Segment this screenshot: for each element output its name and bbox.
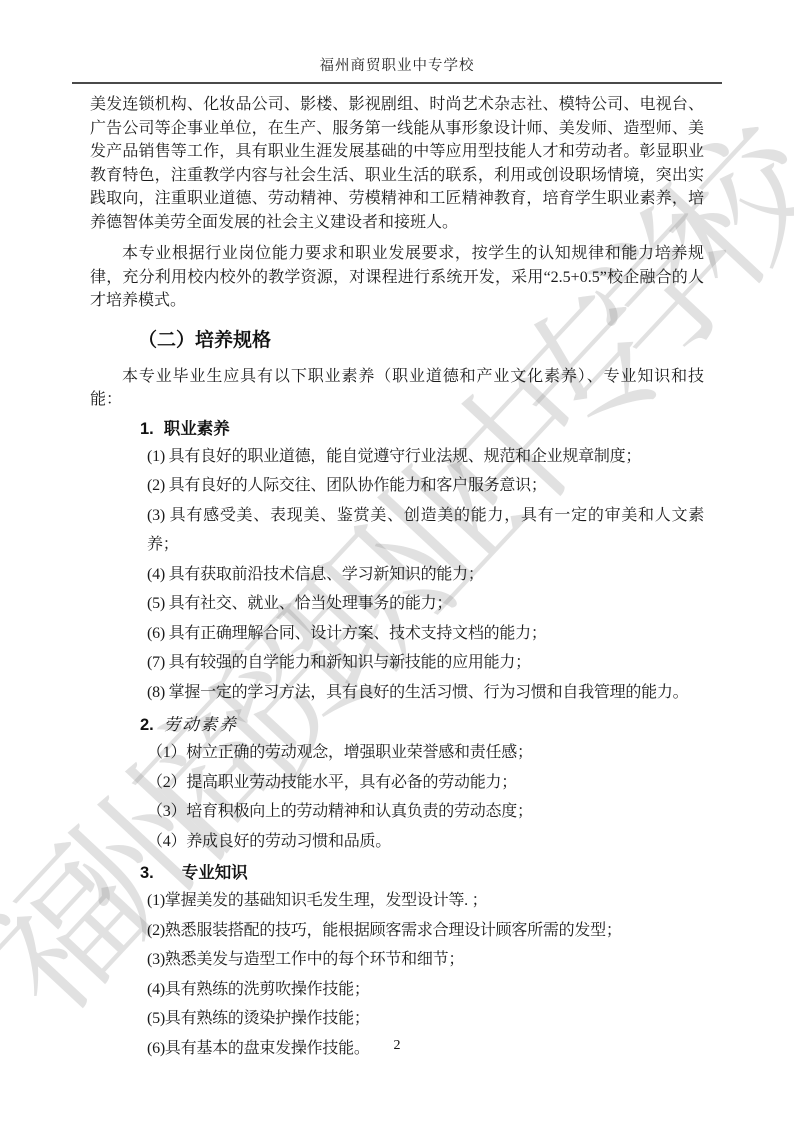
header-school-name: 福州商贸职业中专学校 — [72, 54, 722, 84]
section-heading-training-specs: （二）培养规格 — [138, 327, 704, 354]
subsection-number: 3. — [140, 864, 154, 882]
list-item: （3）培育积极向上的劳动精神和认真负责的劳动态度； — [147, 797, 704, 827]
paragraph-employment-scope: 美发连锁机构、化妆品公司、影楼、影视剧组、时尚艺术杂志社、模特公司、电视台、广告… — [90, 93, 704, 234]
document-page: 福州商贸职业中专学校 福州商贸职业中专学校 美发连锁机构、化妆品公司、影楼、影视… — [0, 0, 794, 1123]
document-body: 美发连锁机构、化妆品公司、影楼、影视剧组、时尚艺术杂志社、模特公司、电视台、广告… — [90, 93, 704, 1063]
subsection-title: 专业知识 — [182, 864, 248, 882]
subsection-heading-labor-quality: 2.劳动素养 — [140, 712, 704, 738]
list-item: (7) 具有较强的自学能力和新知识与新技能的应用能力； — [147, 648, 704, 678]
list-item: (2)熟悉服装搭配的技巧，能根据顾客需求合理设计顾客所需的发型； — [147, 916, 704, 946]
list-item: (5) 具有社交、就业、恰当处理事务的能力； — [147, 589, 704, 619]
list-item: （2）提高职业劳动技能水平，具有必备的劳动能力； — [147, 768, 704, 798]
page-footer: 2 — [0, 1038, 794, 1054]
list-item: (4)具有熟练的洗剪吹操作技能； — [147, 975, 704, 1005]
list-item: （4）养成良好的劳动习惯和品质。 — [147, 827, 704, 857]
list-item: (3) 具有感受美、表现美、鉴赏美、创造美的能力，具有一定的审美和人文素养； — [147, 501, 704, 560]
list-item: (1)掌握美发的基础知识毛发生理，发型设计等. ； — [147, 886, 704, 916]
subsection-heading-professional-knowledge: 3.专业知识 — [140, 861, 704, 886]
subsection-title: 劳动素养 — [164, 715, 238, 734]
list-item: (3)熟悉美发与造型工作中的每个环节和细节； — [147, 945, 704, 975]
list-item: (2) 具有良好的人际交往、团队协作能力和客户服务意识； — [147, 471, 704, 501]
list-item: (5)具有熟练的烫染护操作技能； — [147, 1004, 704, 1034]
list-item: (6) 具有正确理解合同、设计方案、技术支持文档的能力； — [147, 619, 704, 649]
paragraph-training-mode: 本专业根据行业岗位能力要求和职业发展要求，按学生的认知规律和能力培养规律，充分利… — [90, 242, 704, 313]
paragraph-intro: 本专业毕业生应具有以下职业素养（职业道德和产业文化素养）、专业知识和技能： — [90, 365, 704, 412]
subsection-heading-occupational-quality: 1.职业素养 — [140, 417, 704, 442]
list-item: (1) 具有良好的职业道德，能自觉遵守行业法规、规范和企业规章制度； — [147, 442, 704, 472]
list-item: (4) 具有获取前沿技术信息、学习新知识的能力； — [147, 560, 704, 590]
page-number: 2 — [394, 1038, 401, 1053]
subsection-number: 1. — [140, 420, 154, 438]
subsection-number: 2. — [140, 716, 154, 734]
list-item: (8) 掌握一定的学习方法，具有良好的生活习惯、行为习惯和自我管理的能力。 — [147, 678, 704, 708]
list-item: （1）树立正确的劳动观念，增强职业荣誉感和责任感； — [147, 738, 704, 768]
subsection-title: 职业素养 — [164, 420, 230, 438]
page-header: 福州商贸职业中专学校 — [72, 54, 722, 84]
